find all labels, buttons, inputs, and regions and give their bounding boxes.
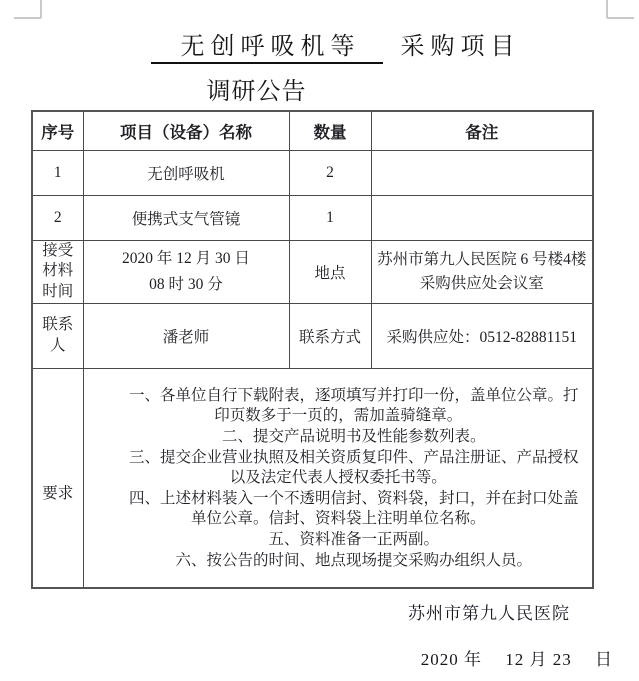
requirement-item: 五、资料准备一正两副。 — [93, 530, 585, 551]
requirements-body: 一、各单位自行下载附表，逐项填写并打印一份，盖单位公章。打印页数多于一页的，需加… — [83, 369, 593, 588]
issue-date: 2020 年 12 月 23 日 — [421, 645, 613, 670]
requirements-label: 要求 — [32, 369, 83, 588]
requirement-item: 六、按公告的时间、地点现场提交采购办组织人员。 — [93, 551, 585, 572]
issuer-signature: 苏州市第九人民医院 — [408, 599, 570, 624]
accept-time-row: 接受 材料 时间 2020 年 12 月 30 日 08 时 30 分 地点 苏… — [32, 240, 593, 304]
requirement-item: 四、上述材料装入一个不透明信封、资料袋，封口，并在封口处盖单位公章。信封、资料袋… — [93, 489, 585, 530]
requirement-item: 二、提交产品说明书及性能参数列表。 — [93, 427, 585, 448]
contact-method-label: 联系方式 — [289, 304, 371, 369]
table-row: 2 便携式支气管镜 1 — [32, 195, 593, 240]
procurement-table: 序号 项目（设备）名称 数量 备注 1 无创呼吸机 2 2 便携式支气管镜 1 … — [31, 110, 594, 589]
accept-time-value: 2020 年 12 月 30 日 08 时 30 分 — [83, 240, 289, 304]
header-quantity: 数量 — [289, 111, 371, 150]
header-item-name: 项目（设备）名称 — [83, 111, 289, 150]
item-remark — [371, 150, 593, 195]
crop-mark-top-left — [14, 17, 41, 19]
title-suffix: 采购项目 — [401, 26, 521, 61]
header-serial-no: 序号 — [32, 111, 83, 150]
item-serial-no: 1 — [32, 150, 83, 195]
requirement-item: 一、各单位自行下载附表，逐项填写并打印一份，盖单位公章。打印页数多于一页的，需加… — [93, 386, 585, 427]
item-serial-no: 2 — [32, 195, 83, 240]
crop-mark-top-right — [606, 0, 608, 18]
header-remark: 备注 — [371, 111, 593, 150]
item-name: 无创呼吸机 — [83, 150, 289, 195]
item-quantity: 2 — [289, 150, 371, 195]
contact-row: 联系 人 潘老师 联系方式 采购供应处：0512-82881151 — [32, 304, 593, 369]
crop-mark-top-right — [607, 17, 634, 19]
table-row: 1 无创呼吸机 2 — [32, 150, 593, 195]
document-title: 无创呼吸机等 采购项目 — [16, 26, 639, 64]
item-remark — [371, 195, 593, 240]
title-project-name: 无创呼吸机等 — [151, 26, 383, 64]
contact-method-value: 采购供应处：0512-82881151 — [371, 304, 593, 369]
place-value: 苏州市第九人民医院 6 号楼4楼 采购供应处会议室 — [371, 240, 593, 304]
item-name: 便携式支气管镜 — [83, 195, 289, 240]
item-quantity: 1 — [289, 195, 371, 240]
place-label: 地点 — [289, 240, 371, 304]
document-subtitle: 调研公告 — [207, 71, 307, 106]
document-page: 无创呼吸机等 采购项目 调研公告 序号 项目（设备）名称 数量 备注 1 无创呼… — [0, 0, 639, 681]
requirements-row: 要求 一、各单位自行下载附表，逐项填写并打印一份，盖单位公章。打印页数多于一页的… — [32, 369, 593, 588]
crop-mark-top-left — [40, 0, 42, 18]
contact-value: 潘老师 — [83, 304, 289, 369]
requirement-item: 三、提交企业营业执照及相关资质复印件、产品注册证、产品授权以及法定代表人授权委托… — [93, 448, 585, 489]
table-header-row: 序号 项目（设备）名称 数量 备注 — [32, 111, 593, 150]
contact-label: 联系 人 — [32, 304, 83, 369]
accept-time-label: 接受 材料 时间 — [32, 240, 83, 304]
